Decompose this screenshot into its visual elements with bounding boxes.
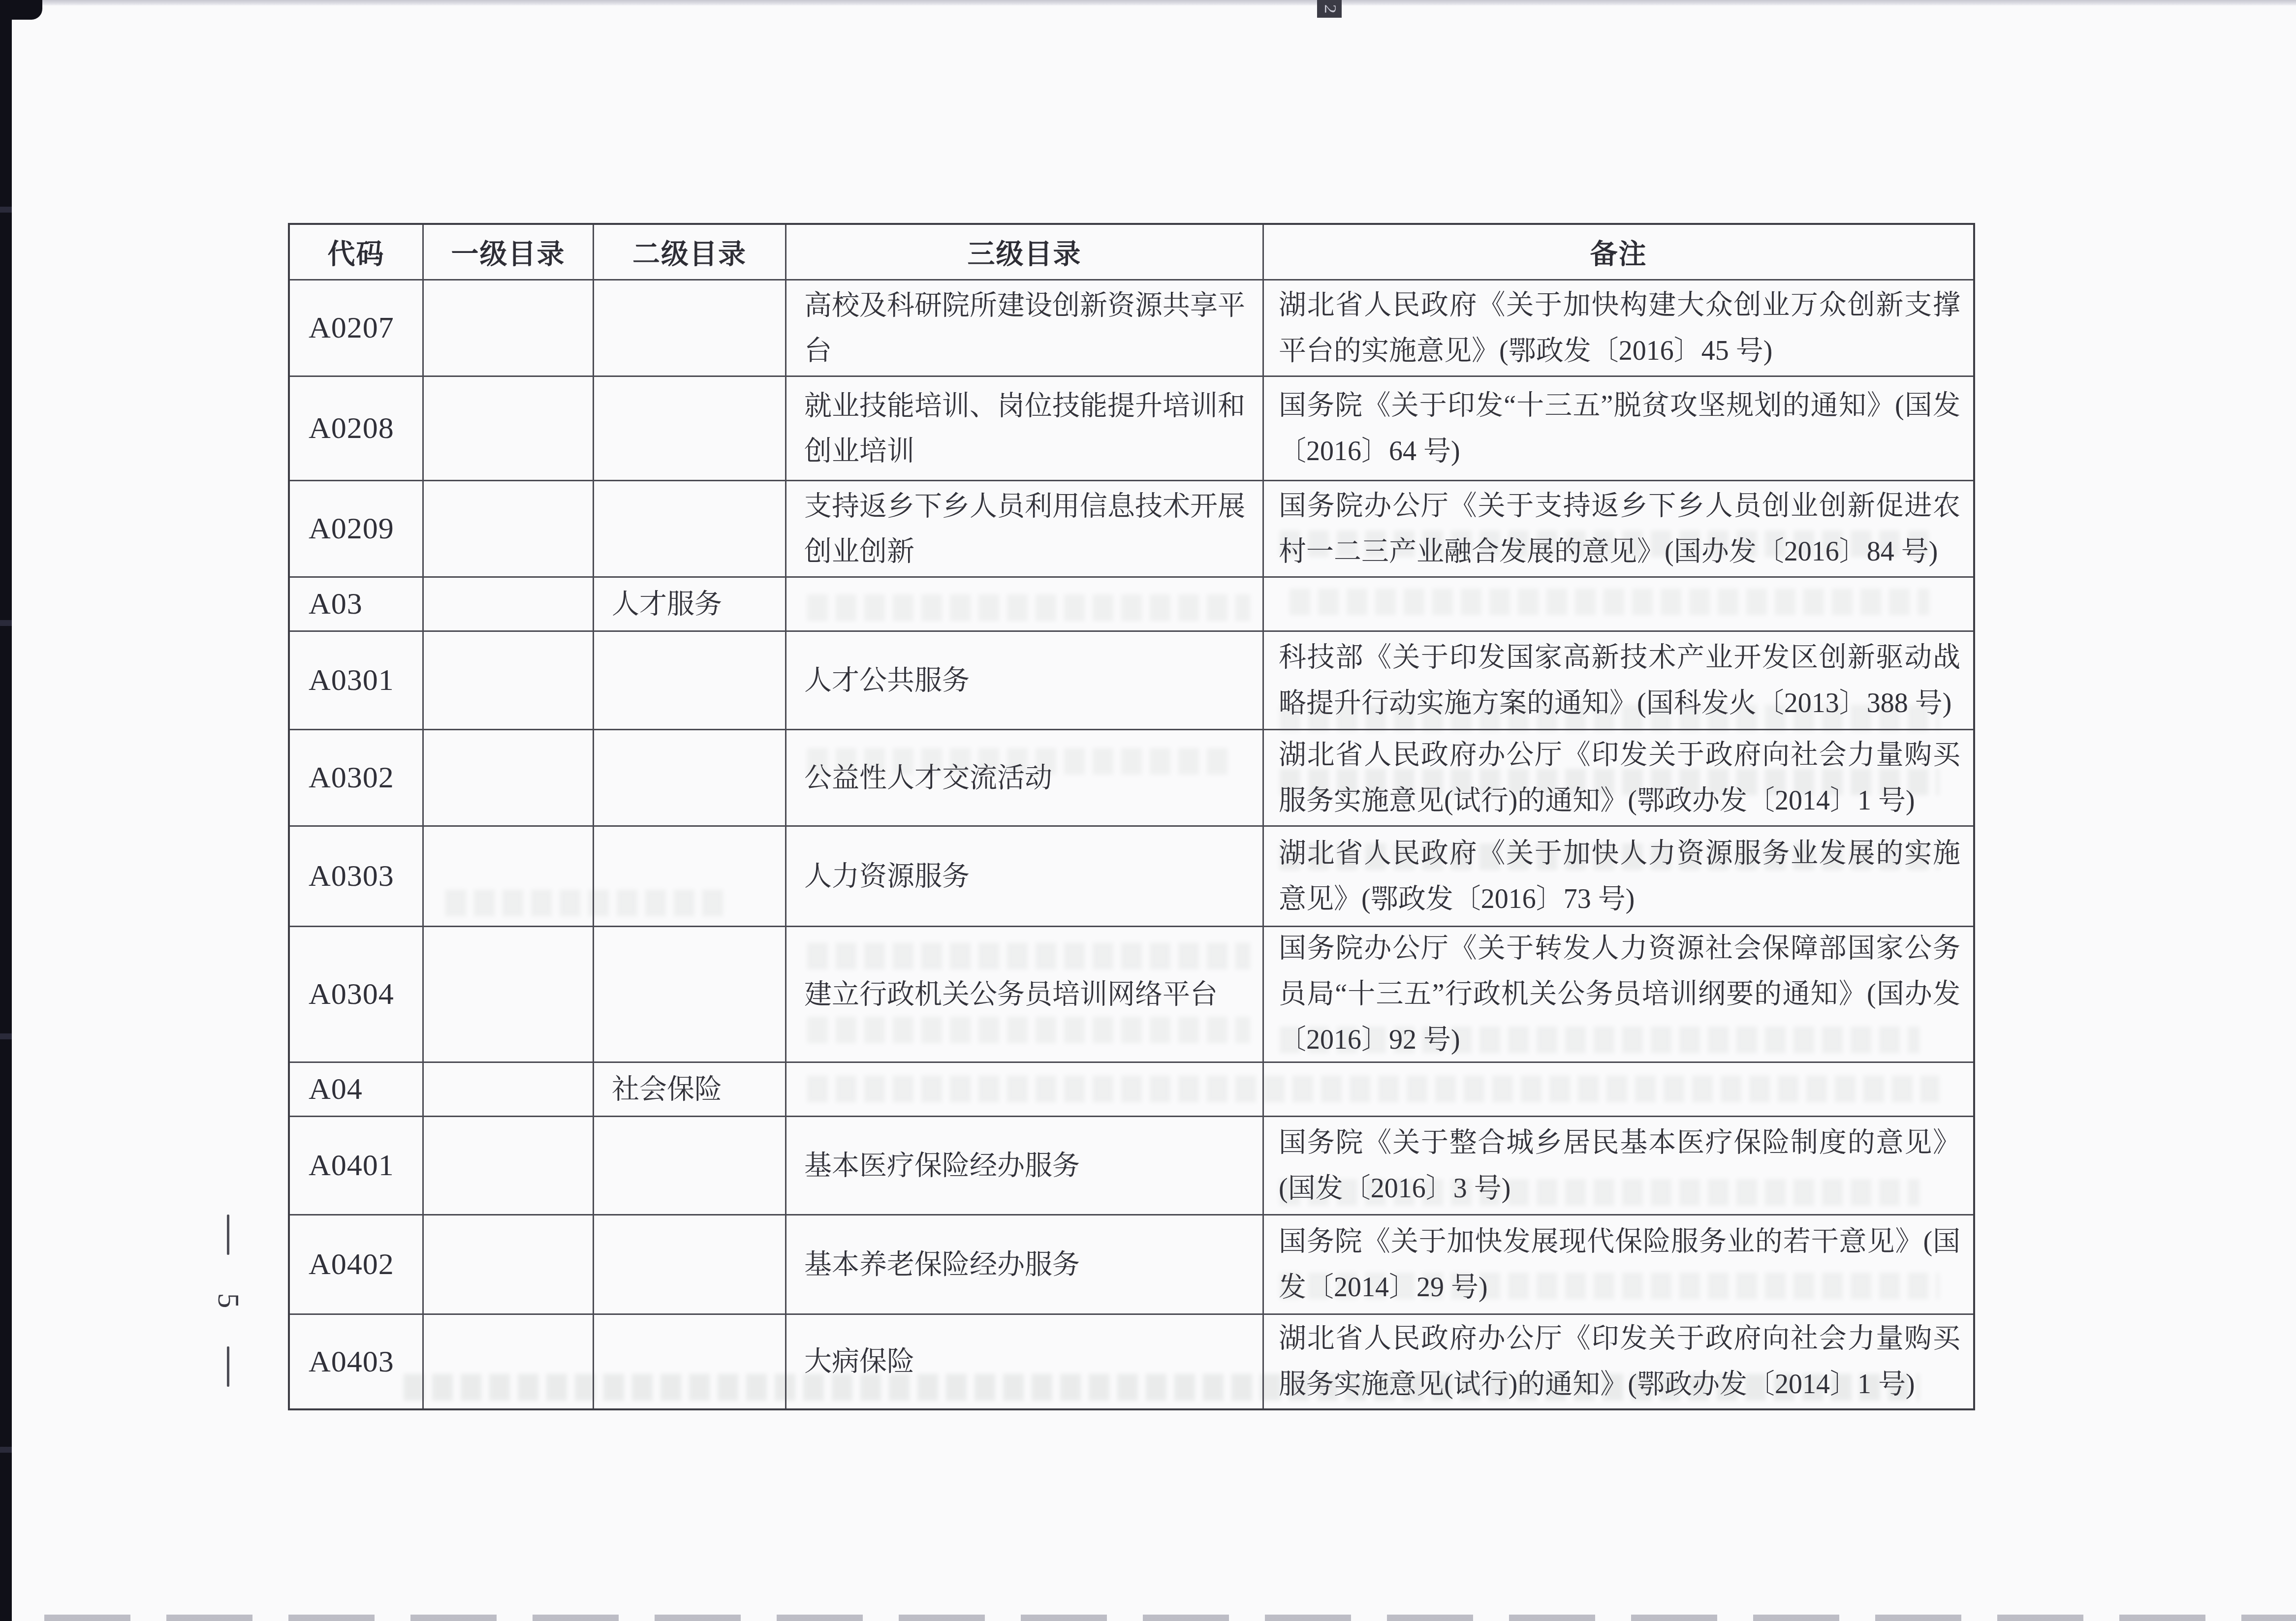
level2-cell (594, 377, 786, 481)
code-cell: A0303 (290, 827, 424, 927)
note-cell: 国务院《关于整合城乡居民基本医疗保险制度的意见》(国发〔2016〕3 号) (1264, 1117, 1973, 1216)
note-text (1264, 601, 1973, 607)
level1-cell (424, 578, 594, 632)
code-cell: A0304 (290, 927, 424, 1063)
code-cell: A0208 (290, 377, 424, 481)
level3-cell: 基本医疗保险经办服务 (786, 1117, 1264, 1216)
level3-text: 公益性人才交流活动 (786, 752, 1262, 804)
scan-edge-top (0, 0, 2296, 6)
page-number: 5 (201, 1215, 255, 1387)
level2-cell (594, 1216, 786, 1315)
level3-text: 高校及科研院所建设创新资源共享平台 (786, 281, 1262, 376)
code-text: A0402 (290, 1247, 422, 1282)
level3-text: 基本医疗保险经办服务 (786, 1140, 1262, 1191)
code-text: A0303 (290, 859, 422, 894)
level2-text: 人才服务 (594, 579, 785, 630)
code-text: A03 (290, 587, 422, 622)
table-row: A0401 基本医疗保险经办服务 国务院《关于整合城乡居民基本医疗保险制度的意见… (290, 1117, 1973, 1216)
code-cell: A0207 (290, 281, 424, 377)
level2-cell: 人才服务 (594, 578, 786, 632)
note-cell: 国务院办公厅《关于支持返乡下乡人员创业创新促进农村一二三产业融合发展的意见》(国… (1264, 481, 1973, 578)
note-cell: 科技部《关于印发国家高新技术产业开发区创新驱动战略提升行动实施方案的通知》(国科… (1264, 632, 1973, 730)
table-row: A0301 人才公共服务 科技部《关于印发国家高新技术产业开发区创新驱动战略提升… (290, 632, 1973, 730)
level3-cell: 建立行政机关公务员培训网络平台 (786, 927, 1264, 1063)
level2-cell (594, 481, 786, 578)
level3-text: 基本养老保险经办服务 (786, 1239, 1262, 1290)
table-row: A0303 人力资源服务 湖北省人民政府《关于加快人力资源服务业发展的实施意见》… (290, 827, 1973, 927)
column-header-level2: 二级目录 (594, 225, 786, 281)
note-text: 国务院《关于加快发展现代保险服务业的若干意见》(国发〔2014〕29 号) (1264, 1216, 1973, 1313)
code-cell: A03 (290, 578, 424, 632)
level2-text: 社会保险 (594, 1064, 785, 1115)
code-text: A0209 (290, 511, 422, 546)
reverse-page-number-text: 2 (1320, 4, 1339, 14)
note-cell: 湖北省人民政府办公厅《印发关于政府向社会力量购买服务实施意见(试行)的通知》(鄂… (1264, 1315, 1973, 1408)
level2-text (594, 1359, 785, 1365)
code-cell: A0301 (290, 632, 424, 730)
catalog-table: 代码 一级目录 二级目录 三级目录 备注 A0207 高校及科研院 (288, 223, 1975, 1410)
scan-edge-bottom-dashes (44, 1615, 2296, 1621)
code-text: A0301 (290, 663, 422, 698)
level3-cell: 公益性人才交流活动 (786, 730, 1264, 827)
level2-text (594, 775, 785, 781)
column-header-note: 备注 (1264, 225, 1973, 281)
level1-cell (424, 927, 594, 1063)
level3-text (786, 601, 1262, 607)
level3-text: 人才公共服务 (786, 655, 1262, 706)
level1-cell (424, 1063, 594, 1117)
level1-cell (424, 730, 594, 827)
code-cell: A04 (290, 1063, 424, 1117)
table-row: A04 社会保险 (290, 1063, 1973, 1117)
table-row: A0304 建立行政机关公务员培训网络平台 国务院办公厅《关于转发人力资源社会保… (290, 927, 1973, 1063)
level2-text (594, 426, 785, 432)
level1-cell (424, 827, 594, 927)
note-text: 国务院《关于整合城乡居民基本医疗保险制度的意见》(国发〔2016〕3 号) (1264, 1117, 1973, 1215)
note-cell: 湖北省人民政府办公厅《印发关于政府向社会力量购买服务实施意见(试行)的通知》(鄂… (1264, 730, 1973, 827)
note-cell: 湖北省人民政府《关于加快人力资源服务业发展的实施意见》(鄂政发〔2016〕73 … (1264, 827, 1973, 927)
column-header-level1: 一级目录 (424, 225, 594, 281)
level1-cell (424, 1117, 594, 1216)
level2-cell (594, 1117, 786, 1216)
table-row: A0207 高校及科研院所建设创新资源共享平台 湖北省人民政府《关于加快构建大众… (290, 281, 1973, 377)
code-text: A0208 (290, 411, 422, 446)
note-cell: 湖北省人民政府《关于加快构建大众创业万众创新支撑平台的实施意见》(鄂政发〔201… (1264, 281, 1973, 377)
code-cell: A0302 (290, 730, 424, 827)
reverse-page-number-mark: 2 (1317, 0, 1342, 18)
level1-cell (424, 1315, 594, 1408)
level2-cell (594, 730, 786, 827)
level2-cell (594, 632, 786, 730)
level3-text: 大病保险 (786, 1336, 1262, 1387)
table-row: A0209 支持返乡下乡人员利用信息技术开展创业创新 国务院办公厅《关于支持返乡… (290, 481, 1973, 578)
scan-binding-strip (0, 0, 12, 1621)
note-cell (1264, 578, 1973, 632)
note-text: 湖北省人民政府《关于加快人力资源服务业发展的实施意见》(鄂政发〔2016〕73 … (1264, 828, 1973, 925)
level3-cell: 支持返乡下乡人员利用信息技术开展创业创新 (786, 481, 1264, 578)
scanned-page: 2 5 代码 一级目录 二级目录 三级目录 备注 A0207 (0, 0, 2296, 1621)
level3-cell (786, 578, 1264, 632)
level2-cell (594, 1315, 786, 1408)
note-text: 湖北省人民政府办公厅《印发关于政府向社会力量购买服务实施意见(试行)的通知》(鄂… (1264, 1315, 1973, 1408)
note-cell: 国务院《关于加快发展现代保险服务业的若干意见》(国发〔2014〕29 号) (1264, 1216, 1973, 1315)
note-text: 国务院《关于印发“十三五”脱贫攻坚规划的通知》(国发〔2016〕64 号) (1264, 380, 1973, 477)
page-number-value: 5 (213, 1293, 243, 1309)
level3-text: 人力资源服务 (786, 851, 1262, 902)
code-cell: A0403 (290, 1315, 424, 1408)
table-row: A03 人才服务 (290, 578, 1973, 632)
note-cell: 国务院办公厅《关于转发人力资源社会保障部国家公务员局“十三五”行政机关公务员培训… (1264, 927, 1973, 1063)
level1-cell (424, 632, 594, 730)
table-header-row: 代码 一级目录 二级目录 三级目录 备注 (290, 225, 1973, 281)
note-cell (1264, 1063, 1973, 1117)
level1-cell (424, 377, 594, 481)
level3-cell: 人力资源服务 (786, 827, 1264, 927)
table-row: A0302 公益性人才交流活动 湖北省人民政府办公厅《印发关于政府向社会力量购买… (290, 730, 1973, 827)
level3-cell: 人才公共服务 (786, 632, 1264, 730)
page-number-dash (227, 1346, 229, 1387)
level3-text: 就业技能培训、岗位技能提升培训和创业培训 (786, 380, 1262, 477)
code-text: A0302 (290, 760, 422, 795)
level2-text (594, 1262, 785, 1268)
table-row: A0402 基本养老保险经办服务 国务院《关于加快发展现代保险服务业的若干意见》… (290, 1216, 1973, 1315)
note-text: 科技部《关于印发国家高新技术产业开发区创新驱动战略提升行动实施方案的通知》(国科… (1264, 632, 1973, 729)
level2-text (594, 526, 785, 532)
level3-text: 支持返乡下乡人员利用信息技术开展创业创新 (786, 481, 1262, 577)
page-number-dash (227, 1215, 229, 1255)
level2-cell (594, 281, 786, 377)
level3-cell (786, 1063, 1264, 1117)
code-cell: A0402 (290, 1216, 424, 1315)
column-header-level3: 三级目录 (786, 225, 1264, 281)
note-text: 湖北省人民政府办公厅《印发关于政府向社会力量购买服务实施意见(试行)的通知》(鄂… (1264, 730, 1973, 827)
level2-cell (594, 827, 786, 927)
table-row: A0208 就业技能培训、岗位技能提升培训和创业培训 国务院《关于印发“十三五”… (290, 377, 1973, 481)
level2-text (594, 325, 785, 331)
note-cell: 国务院《关于印发“十三五”脱贫攻坚规划的通知》(国发〔2016〕64 号) (1264, 377, 1973, 481)
level3-cell: 高校及科研院所建设创新资源共享平台 (786, 281, 1264, 377)
level2-text (594, 678, 785, 684)
level3-text: 建立行政机关公务员培训网络平台 (786, 969, 1262, 1020)
level3-cell: 大病保险 (786, 1315, 1264, 1408)
level3-text (786, 1087, 1262, 1092)
level2-text (594, 1163, 785, 1169)
level2-cell (594, 927, 786, 1063)
level1-cell (424, 281, 594, 377)
level3-cell: 基本养老保险经办服务 (786, 1216, 1264, 1315)
level3-cell: 就业技能培训、岗位技能提升培训和创业培训 (786, 377, 1264, 481)
code-cell: A0401 (290, 1117, 424, 1216)
level2-text (594, 992, 785, 998)
note-text: 湖北省人民政府《关于加快构建大众创业万众创新支撑平台的实施意见》(鄂政发〔201… (1264, 281, 1973, 377)
note-text: 国务院办公厅《关于转发人力资源社会保障部国家公务员局“十三五”行政机关公务员培训… (1264, 927, 1973, 1063)
level1-cell (424, 481, 594, 578)
note-text: 国务院办公厅《关于支持返乡下乡人员创业创新促进农村一二三产业融合发展的意见》(国… (1264, 481, 1973, 578)
code-text: A0304 (290, 977, 422, 1012)
code-text: A0403 (290, 1344, 422, 1379)
level2-cell: 社会保险 (594, 1063, 786, 1117)
note-text (1264, 1087, 1973, 1092)
code-cell: A0209 (290, 481, 424, 578)
column-header-code: 代码 (290, 225, 424, 281)
code-text: A0207 (290, 311, 422, 345)
level1-cell (424, 1216, 594, 1315)
code-text: A04 (290, 1072, 422, 1107)
code-text: A0401 (290, 1148, 422, 1183)
table-row: A0403 大病保险 湖北省人民政府办公厅《印发关于政府向社会力量购买服务实施意… (290, 1315, 1973, 1408)
level2-text (594, 873, 785, 879)
